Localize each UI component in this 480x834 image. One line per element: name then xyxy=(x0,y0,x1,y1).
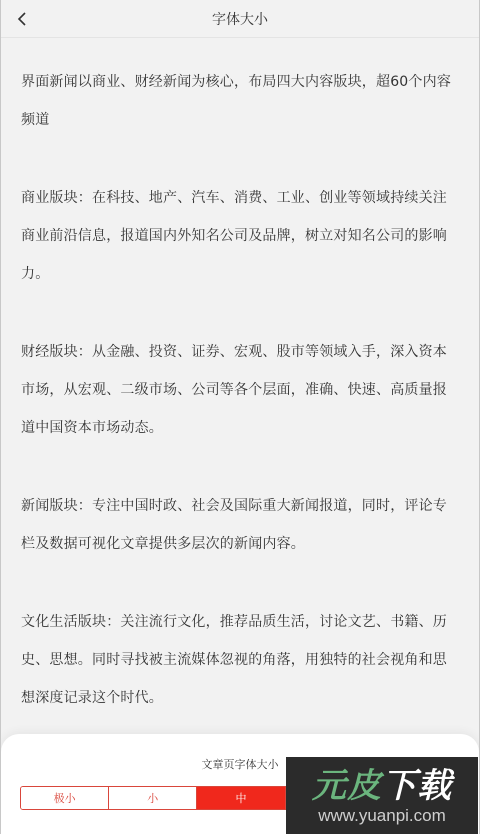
watermark-logo-part2: 下载 xyxy=(382,766,452,806)
paragraph-culture: 文化生活版块：关注流行文化，推荐品质生活，讨论文艺、书籍、历史、思想。同时寻找被… xyxy=(21,603,461,717)
navigation-bar: 字体大小 xyxy=(1,0,479,38)
font-size-option-extra-small[interactable]: 极小 xyxy=(21,787,109,809)
paragraph-intro: 界面新闻以商业、财经新闻为核心，布局四大内容版块，超60个内容频道 xyxy=(21,63,461,139)
paragraph-business: 商业版块：在科技、地产、汽车、消费、工业、创业等领域持续关注商业前沿信息，报道国… xyxy=(21,179,461,293)
page-title: 字体大小 xyxy=(212,9,268,29)
paragraph-news: 新闻版块：专注中国时政、社会及国际重大新闻报道，同时，评论专栏及数据可视化文章提… xyxy=(21,487,461,563)
watermark-logo-part1: 元皮 xyxy=(312,766,382,806)
font-size-option-medium[interactable]: 中 xyxy=(197,787,285,809)
watermark-url: www.yuanpi.com xyxy=(318,806,446,826)
watermark-overlay: 元皮下载 www.yuanpi.com xyxy=(286,757,478,834)
article-preview: 界面新闻以商业、财经新闻为核心，布局四大内容版块，超60个内容频道 商业版块：在… xyxy=(21,63,461,757)
font-size-option-small[interactable]: 小 xyxy=(109,787,197,809)
chevron-left-icon xyxy=(16,11,28,27)
back-button[interactable] xyxy=(9,6,35,32)
watermark-logo: 元皮下载 xyxy=(312,766,452,806)
paragraph-finance: 财经版块：从金融、投资、证券、宏观、股市等领域入手，深入资本市场，从宏观、二级市… xyxy=(21,333,461,447)
